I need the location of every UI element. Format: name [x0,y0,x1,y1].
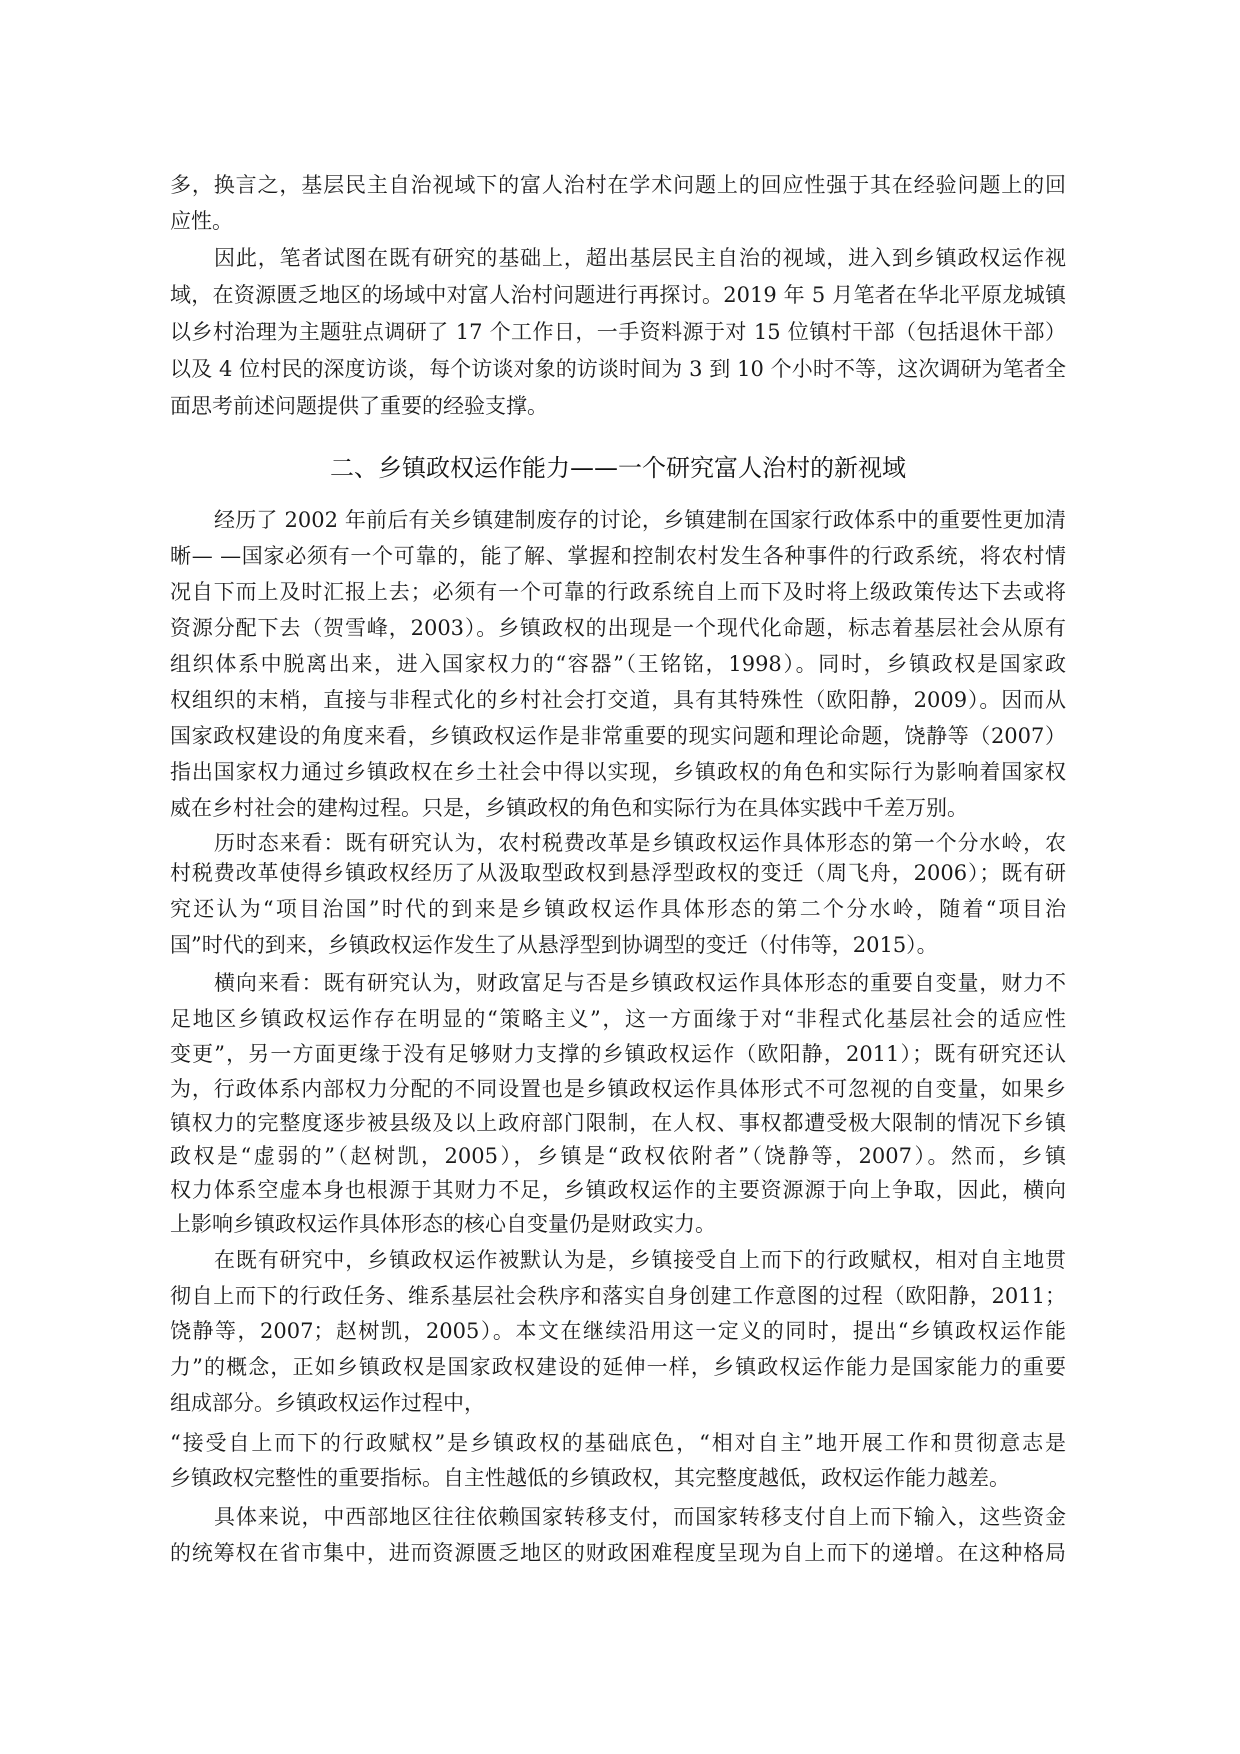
text-line: 变更”，另一方面更缘于没有足够财力支撑的乡镇政权运作（欧阳静，2011）；既有研… [170,1036,1066,1072]
text-line: 威在乡村社会的建构过程。只是，乡镇政权的角色和实际行为在具体实践中千差万别。 [170,790,1066,826]
text-line: 资源分配下去（贺雪峰，2003）。乡镇政权的出现是一个现代化命题，标志着基层社会… [170,610,1066,646]
text-line: 组成部分。乡镇政权运作过程中， [170,1385,1066,1421]
text-line: 政权是“虚弱的”（赵树凯，2005），乡镇是“政权依附者”（饶静等，2007）。… [170,1138,1066,1174]
text-line: 权组织的末梢，直接与非程式化的乡村社会打交道，具有其特殊性（欧阳静，2009）。… [170,682,1066,718]
text-line: 横向来看：既有研究认为，财政富足与否是乡镇政权运作具体形态的重要自变量，财力不 [214,965,1066,1001]
text-line: 况自下而上及时汇报上去；必须有一个可靠的行政系统自上而下及时将上级政策传达下去或… [170,574,1066,610]
text-line: 晰— —国家必须有一个可靠的，能了解、掌握和控制农村发生各种事件的行政系统，将农… [170,538,1066,574]
text-line: 饶静等，2007；赵树凯，2005）。本文在继续沿用这一定义的同时，提出“乡镇政… [170,1313,1066,1349]
text-line: 以乡村治理为主题驻点调研了 17 个工作日，一手资料源于对 15 位镇村干部（包… [170,314,1066,350]
text-line: 国家政权建设的角度来看，乡镇政权运作是非常重要的现实问题和理论命题，饶静等（20… [170,718,1066,754]
text-line: 多，换言之，基层民主自治视域下的富人治村在学术问题上的回应性强于其在经验问题上的… [170,167,1066,203]
text-line: 指出国家权力通过乡镇政权在乡土社会中得以实现，乡镇政权的角色和实际行为影响着国家… [170,754,1066,790]
document-page: 二、乡镇政权运作能力——一个研究富人治村的新视域 多，换言之，基层民主自治视域下… [0,0,1240,1754]
text-line: 力”的概念，正如乡镇政权是国家政权建设的延伸一样，乡镇政权运作能力是国家能力的重… [170,1349,1066,1385]
text-line: 以及 4 位村民的深度访谈，每个访谈对象的访谈时间为 3 到 10 个小时不等，… [170,351,1066,387]
text-line: 权力体系空虚本身也根源于其财力不足，乡镇政权运作的主要资源源于向上争取，因此，横… [170,1172,1066,1208]
text-line: 域，在资源匮乏地区的场域中对富人治村问题进行再探讨。2019 年 5 月笔者在华… [170,277,1066,313]
text-line: 经历了 2002 年前后有关乡镇建制废存的讨论，乡镇建制在国家行政体系中的重要性… [214,502,1066,538]
text-line: 具体来说，中西部地区往往依赖国家转移支付，而国家转移支付自上而下输入，这些资金 [214,1499,1066,1535]
section-heading: 二、乡镇政权运作能力——一个研究富人治村的新视域 [170,449,1066,487]
text-line: 彻自上而下的行政任务、维系基层社会秩序和落实自身创建工作意图的过程（欧阳静，20… [170,1278,1066,1314]
text-line: 因此，笔者试图在既有研究的基础上，超出基层民主自治的视域，进入到乡镇政权运作视 [214,240,1066,276]
text-line: “接受自上而下的行政赋权”是乡镇政权的基础底色，“相对自主”地开展工作和贯彻意志… [170,1425,1066,1461]
text-line: 为，行政体系内部权力分配的不同设置也是乡镇政权运作具体形式不可忽视的自变量，如果… [170,1071,1066,1107]
text-line: 国”时代的到来，乡镇政权运作发生了从悬浮型到协调型的变迁（付伟等，2015）。 [170,927,1066,963]
text-line: 的统筹权在省市集中，进而资源匮乏地区的财政困难程度呈现为自上而下的递增。在这种格… [170,1535,1066,1571]
text-line: 乡镇政权完整性的重要指标。自主性越低的乡镇政权，其完整度越低，政权运作能力越差。 [170,1460,1066,1496]
text-line: 足地区乡镇政权运作存在明显的“策略主义”，这一方面缘于对“非程式化基层社会的适应… [170,1001,1066,1037]
text-line: 上影响乡镇政权运作具体形态的核心自变量仍是财政实力。 [170,1206,1066,1242]
text-line: 究还认为“项目治国”时代的到来是乡镇政权运作具体形态的第二个分水岭，随着“项目治 [170,891,1066,927]
text-line: 组织体系中脱离出来，进入国家权力的“容器”（王铭铭，1998）。同时，乡镇政权是… [170,646,1066,682]
text-line: 应性。 [170,203,1066,239]
text-line: 面思考前述问题提供了重要的经验支撑。 [170,388,1066,424]
text-line: 镇权力的完整度逐步被县级及以上政府部门限制，在人权、事权都遭受极大限制的情况下乡… [170,1105,1066,1141]
text-line: 在既有研究中，乡镇政权运作被默认为是，乡镇接受自上而下的行政赋权，相对自主地贯 [214,1242,1066,1278]
text-line: 村税费改革使得乡镇政权经历了从汲取型政权到悬浮型政权的变迁（周飞舟，2006）；… [170,855,1066,891]
